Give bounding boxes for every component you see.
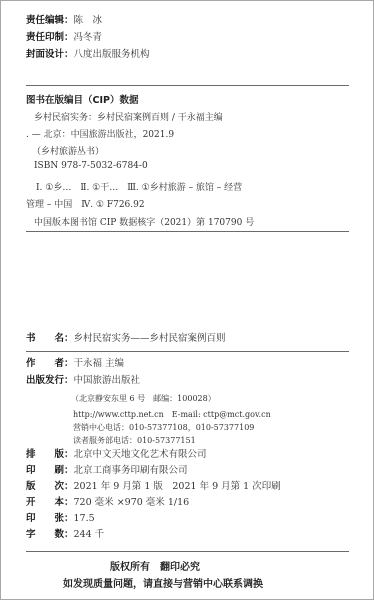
divider-top xyxy=(26,85,349,86)
detail-label: 版 次： xyxy=(26,481,74,493)
credit-value: 陈 冰 xyxy=(74,15,103,26)
publisher-value: 中国旅游出版社 xyxy=(74,375,141,386)
credit-value: 冯冬青 xyxy=(74,32,103,43)
author-value: 干永福 主编 xyxy=(74,358,125,369)
detail-label: 字 数： xyxy=(26,529,74,541)
detail-label: 印 刷： xyxy=(26,465,74,477)
credit-label: 封面设计： xyxy=(26,49,74,60)
credit-value: 八度出版服务机构 xyxy=(74,49,150,60)
publisher-web-email: http://www.cttp.net.cn E-mail: cttp@mct.… xyxy=(73,409,271,420)
copyright-page: 责任编辑：陈 冰 责任印制：冯冬青 封面设计：八度出版服务机构 图书在版编目（C… xyxy=(0,0,374,600)
credit-print-manager: 责任印制：冯冬青 xyxy=(26,32,102,44)
detail-row-edition: 版 次：2021 年 9 月第 1 版 2021 年 9 月第 1 次印刷 xyxy=(26,481,281,493)
cip-line: 乡村民宿实务：乡村民宿案例百则 / 干永福主编 xyxy=(34,110,223,123)
detail-value: 244 千 xyxy=(74,529,105,540)
reader-service-phone: 读者服务部电话：010-57377151 xyxy=(73,435,196,446)
divider-cip xyxy=(26,231,349,232)
detail-row-word-count: 字 数：244 千 xyxy=(26,529,104,541)
credit-editor: 责任编辑：陈 冰 xyxy=(26,15,102,27)
book-title-row: 书 名：乡村民宿实务——乡村民宿案例百则 xyxy=(26,333,226,345)
divider-isbn xyxy=(26,551,349,552)
publisher-row: 出版发行：中国旅游出版社 xyxy=(26,375,140,387)
author-label: 作 者： xyxy=(26,358,74,370)
detail-label: 排 版： xyxy=(26,449,74,461)
rights-reserved: 版权所有 翻印必究 xyxy=(110,558,200,573)
detail-value: 720 毫米 ×970 毫米 1/16 xyxy=(74,497,190,508)
divider-title xyxy=(26,351,349,352)
cip-verification: 中国版本图书馆 CIP 数据核字（2021）第 170790 号 xyxy=(34,215,254,228)
publisher-label: 出版发行： xyxy=(26,375,74,387)
author-row: 作 者：干永福 主编 xyxy=(26,358,124,370)
detail-value: 17.5 xyxy=(74,513,95,524)
sales-phone: 营销中心电话：010-57377108，010-57377109 xyxy=(73,422,254,433)
cip-title: 图书在版编目（CIP）数据 xyxy=(26,92,138,106)
credit-label: 责任编辑： xyxy=(26,15,74,26)
detail-label: 开 本： xyxy=(26,497,74,509)
book-title-value: 乡村民宿实务——乡村民宿案例百则 xyxy=(74,333,226,344)
detail-value: 北京中文天地文化艺术有限公司 xyxy=(74,449,207,460)
detail-label: 印 张： xyxy=(26,513,74,525)
cip-line: （乡村旅游丛书） xyxy=(32,144,104,157)
detail-value: 2021 年 9 月第 1 版 2021 年 9 月第 1 次印刷 xyxy=(74,481,281,492)
cip-line: ISBN 978-7-5032-6784-0 xyxy=(34,161,148,171)
cip-classification: Ⅰ. ①乡… Ⅱ. ①干… Ⅲ. ①乡村旅游 – 旅馆 – 经营 xyxy=(36,180,242,193)
publisher-address: （北京静安东里 6 号 邮编：100028） xyxy=(71,393,216,404)
credit-cover-design: 封面设计：八度出版服务机构 xyxy=(26,49,150,61)
detail-row-printing: 印 刷：北京工商事务印刷有限公司 xyxy=(26,465,188,477)
detail-value: 北京工商事务印刷有限公司 xyxy=(74,465,188,476)
detail-row-typesetting: 排 版：北京中文天地文化艺术有限公司 xyxy=(26,449,207,461)
cip-line: . — 北京：中国旅游出版社，2021.9 xyxy=(26,127,174,140)
book-title-label: 书 名： xyxy=(26,333,74,345)
credit-label: 责任印制： xyxy=(26,32,74,43)
detail-row-sheets: 印 张：17.5 xyxy=(26,513,95,525)
detail-row-format: 开 本：720 毫米 ×970 毫米 1/16 xyxy=(26,497,189,509)
quality-notice: 如发现质量问题，请直接与营销中心联系调换 xyxy=(63,575,263,590)
cip-classification: 管理 – 中国 Ⅳ. ① F726.92 xyxy=(26,197,145,210)
